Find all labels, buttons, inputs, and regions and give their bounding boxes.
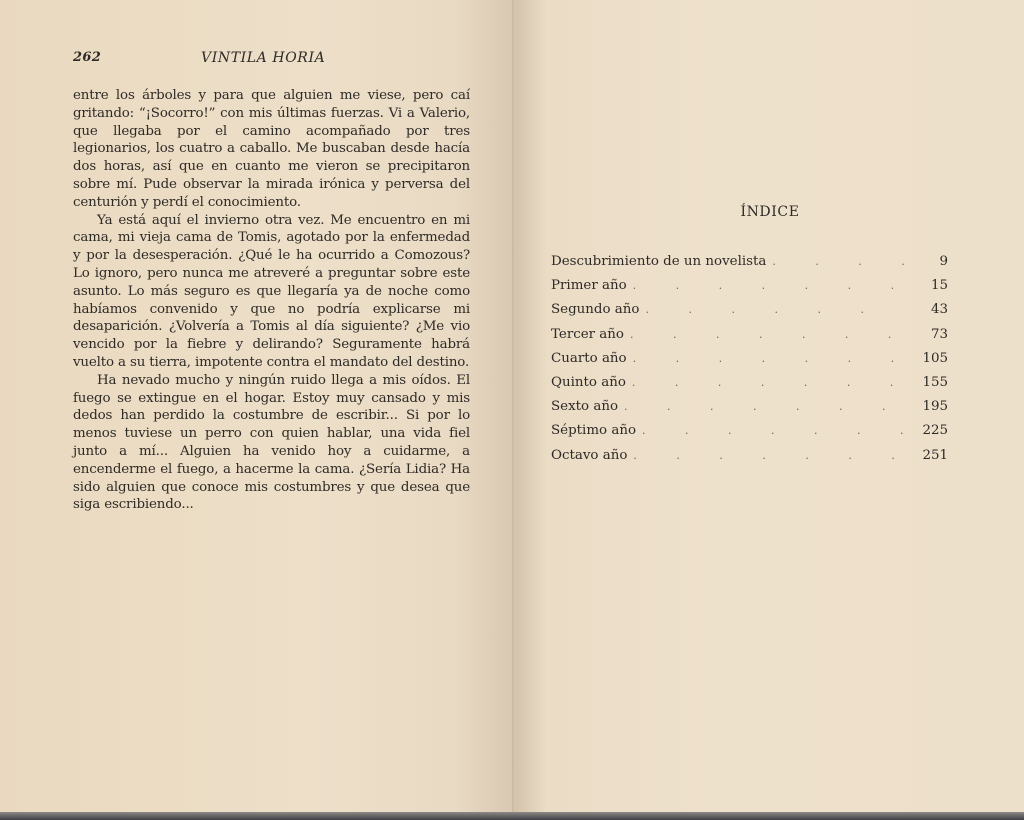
paragraph: entre los árboles y para que alguien me …	[73, 87, 470, 212]
toc-entry-page: 43	[904, 302, 948, 317]
dot-leader: . . . . . . . . . . . . . . . . . . . . …	[642, 424, 904, 437]
running-head: 262 VINTILA HORIA	[73, 50, 473, 70]
dot-leader: . . . . . . . . . . . . . . . . . . . . …	[645, 303, 904, 316]
toc-entry-label: Descubrimiento de un novelista	[551, 254, 772, 269]
toc-entry-label: Primer año	[551, 278, 633, 293]
body-text: entre los árboles y para que alguien me …	[73, 87, 470, 514]
dot-leader: . . . . . . . . . . . . . . . . . . . . …	[633, 449, 904, 462]
table-of-contents: Descubrimiento de un novelista . . . . .…	[551, 254, 948, 472]
toc-entry-page: 73	[904, 327, 948, 342]
toc-entry: Segundo año . . . . . . . . . . . . . . …	[551, 302, 948, 326]
toc-entry-label: Séptimo año	[551, 423, 642, 438]
scan-bottom-edge	[0, 812, 1024, 820]
toc-entry: Quinto año . . . . . . . . . . . . . . .…	[551, 375, 948, 399]
toc-entry-label: Cuarto año	[551, 351, 633, 366]
dot-leader: . . . . . . . . . . . . . . . . . . . . …	[772, 255, 904, 268]
dot-leader: . . . . . . . . . . . . . . . . . . . . …	[630, 328, 904, 341]
toc-entry-page: 251	[904, 448, 948, 463]
dot-leader: . . . . . . . . . . . . . . . . . . . . …	[624, 400, 904, 413]
toc-entry-label: Quinto año	[551, 375, 632, 390]
toc-entry-page: 225	[904, 423, 948, 438]
toc-entry-page: 195	[904, 399, 948, 414]
toc-entry-label: Segundo año	[551, 302, 645, 317]
index-title: ÍNDICE	[516, 204, 1024, 220]
toc-entry: Octavo año . . . . . . . . . . . . . . .…	[551, 448, 948, 472]
toc-entry-label: Octavo año	[551, 448, 633, 463]
author-name: VINTILA HORIA	[201, 50, 325, 66]
dot-leader: . . . . . . . . . . . . . . . . . . . . …	[632, 376, 904, 389]
dot-leader: . . . . . . . . . . . . . . . . . . . . …	[633, 279, 904, 292]
toc-entry: Sexto año . . . . . . . . . . . . . . . …	[551, 399, 948, 423]
toc-entry: Descubrimiento de un novelista . . . . .…	[551, 254, 948, 278]
paragraph: Ya está aquí el invierno otra vez. Me en…	[73, 212, 470, 372]
paragraph: Ha nevado mucho y ningún ruido llega a m…	[73, 372, 470, 514]
book-spread: 262 VINTILA HORIA entre los árboles y pa…	[0, 0, 1024, 812]
toc-entry: Cuarto año . . . . . . . . . . . . . . .…	[551, 351, 948, 375]
left-page: 262 VINTILA HORIA entre los árboles y pa…	[0, 0, 516, 812]
page-number: 262	[73, 50, 101, 65]
toc-entry-label: Tercer año	[551, 327, 630, 342]
toc-entry-page: 15	[904, 278, 948, 293]
toc-entry-page: 105	[904, 351, 948, 366]
dot-leader: . . . . . . . . . . . . . . . . . . . . …	[633, 352, 904, 365]
toc-entry-page: 155	[904, 375, 948, 390]
toc-entry: Tercer año . . . . . . . . . . . . . . .…	[551, 327, 948, 351]
toc-entry-page: 9	[904, 254, 948, 269]
toc-entry: Séptimo año . . . . . . . . . . . . . . …	[551, 423, 948, 447]
toc-entry: Primer año . . . . . . . . . . . . . . .…	[551, 278, 948, 302]
toc-entry-label: Sexto año	[551, 399, 624, 414]
